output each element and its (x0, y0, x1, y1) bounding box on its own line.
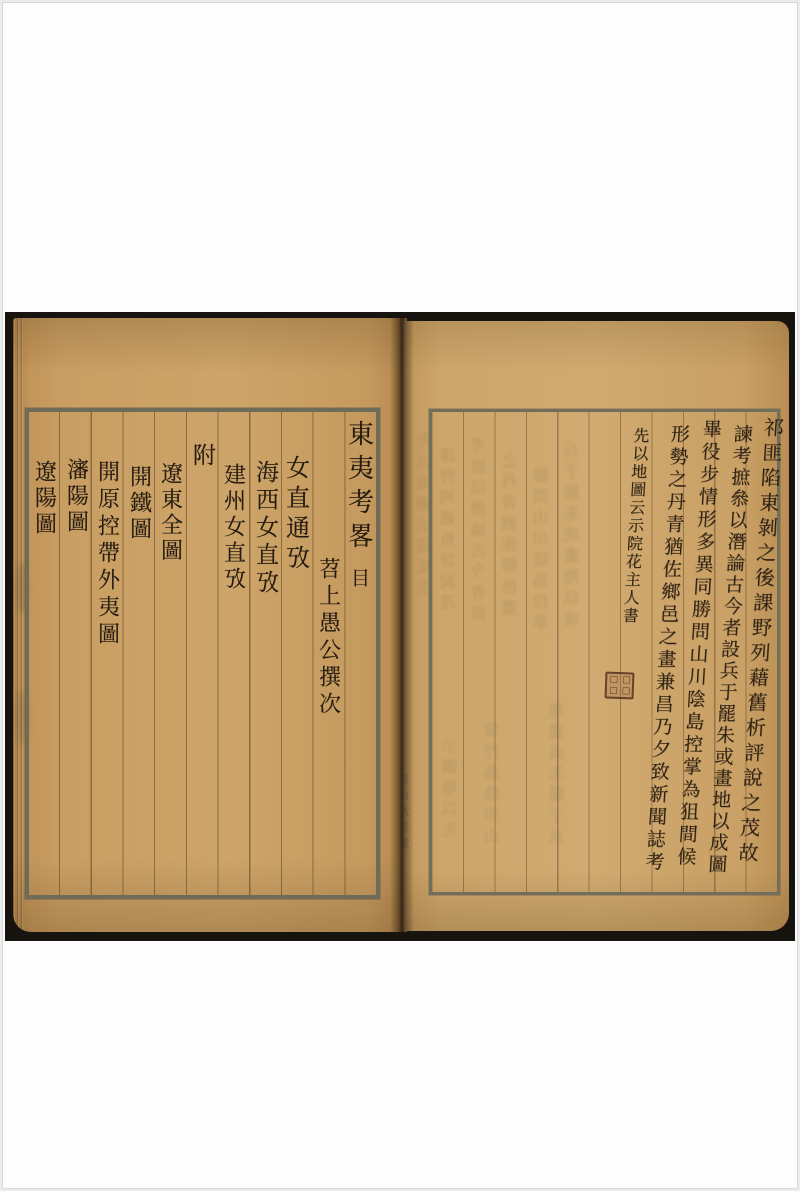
left-page: 東夷考畧 目 苕上愚公撰次 女直通攷 海西女直攷 建州女直攷 (13, 318, 407, 932)
handwriting-5-text: 先以地圖云示院花主人書 (621, 427, 649, 625)
toc-entry-3: 建州女直攷 (217, 463, 248, 593)
showthrough-2-text: 勝問山川陰島控掌 (534, 467, 550, 635)
toc-entry-2-text: 海西女直攷 (253, 460, 276, 598)
toc-byline: 苕上愚公撰次 (317, 557, 339, 719)
left-page-frame: 東夷考畧 目 苕上愚公撰次 女直通攷 海西女直攷 建州女直攷 (25, 408, 380, 899)
toc-appendix-entry-4-text: 瀋陽圖 (65, 458, 87, 536)
toc-appendix-entry-2-text: 開鐵圖 (128, 465, 150, 543)
scan-canvas: 東夷考畧 目 苕上愚公撰次 女直通攷 海西女直攷 建州女直攷 (0, 0, 800, 1191)
toc-appendix-label-column: 附 (186, 443, 217, 466)
toc-appendix-entry-3-text: 開原控帶外夷圖 (96, 460, 118, 649)
toc-appendix-label: 附 (190, 443, 213, 466)
showthrough-column-3: 之丹青猶佐鄉邑畫 (495, 452, 526, 620)
photo-backdrop: 東夷考畧 目 苕上愚公撰次 女直通攷 海西女直攷 建州女直攷 (5, 312, 795, 941)
toc-appendix-entry-4: 瀋陽圖 (60, 458, 91, 536)
toc-appendix-entry-3: 開原控帶外夷圖 (91, 460, 122, 649)
toc-appendix-entry-5-text: 遼陽圖 (33, 460, 55, 538)
toc-byline-column: 苕上愚公撰次 (312, 557, 343, 719)
showthrough-9-text: 示圖地以先 (443, 737, 459, 842)
toc-appendix-entry-1-text: 遼東全圖 (159, 462, 181, 564)
toc-entry-1-text: 女直通攷 (284, 455, 308, 575)
showthrough-column-1: 兵于罷朱或畫地以成 (557, 442, 588, 631)
showthrough-1-text: 兵于罷朱或畫地以成 (565, 442, 581, 631)
showthrough-5-text: 課野列藉析評說茂 (441, 447, 457, 615)
showthrough-column-7: 地畫或朱罷于兵 (542, 702, 573, 849)
showthrough-column-4: 考摭以潛論古今者設 (464, 437, 495, 626)
showthrough-7-text: 地畫或朱罷于兵 (550, 702, 566, 849)
toc-appendix-entry-1: 遼東全圖 (154, 462, 185, 564)
showthrough-4-text: 考摭以潛論古今者設 (472, 437, 488, 626)
showthrough-6-text: 先以地圖示院花主 (418, 432, 434, 600)
toc-title-mark: 目 (349, 568, 368, 587)
toc-title-column: 東夷考畧 目 (343, 420, 374, 587)
book-gutter (390, 318, 414, 934)
toc-entry-1: 女直通攷 (280, 455, 311, 575)
showthrough-column-9: 示圖地以先 (435, 737, 466, 842)
collector-seal: □□ □□ (605, 672, 635, 700)
fore-edge-stack (13, 318, 24, 932)
toc-entry-2: 海西女直攷 (249, 460, 280, 598)
seal-column-left: □□ (608, 674, 618, 696)
showthrough-8-text: 掌控島陰川山 (485, 722, 501, 848)
toc-title: 東夷考畧 (346, 420, 372, 556)
showthrough-column-8: 掌控島陰川山 (477, 722, 508, 848)
showthrough-3-text: 之丹青猶佐鄉邑畫 (503, 452, 519, 620)
right-page-frame: 兵于罷朱或畫地以成 勝問山川陰島控掌 之丹青猶佐鄉邑畫 考摭以潛論古今者設 課野… (429, 409, 780, 895)
right-page: 唐垣秋校藏 兵于罷朱或畫地以成 勝問山川陰島控掌 之丹青猶佐鄉邑畫 考摭以潛論古… (402, 321, 789, 931)
seal-column-right: □□ (621, 675, 631, 697)
showthrough-column-2: 勝問山川陰島控掌 (526, 467, 557, 635)
toc-appendix-entry-5: 遼陽圖 (28, 460, 59, 538)
showthrough-column-6: 先以地圖示院花主 (410, 432, 441, 600)
toc-appendix-entry-2: 開鐵圖 (123, 465, 154, 543)
toc-entry-3-text: 建州女直攷 (222, 463, 244, 593)
